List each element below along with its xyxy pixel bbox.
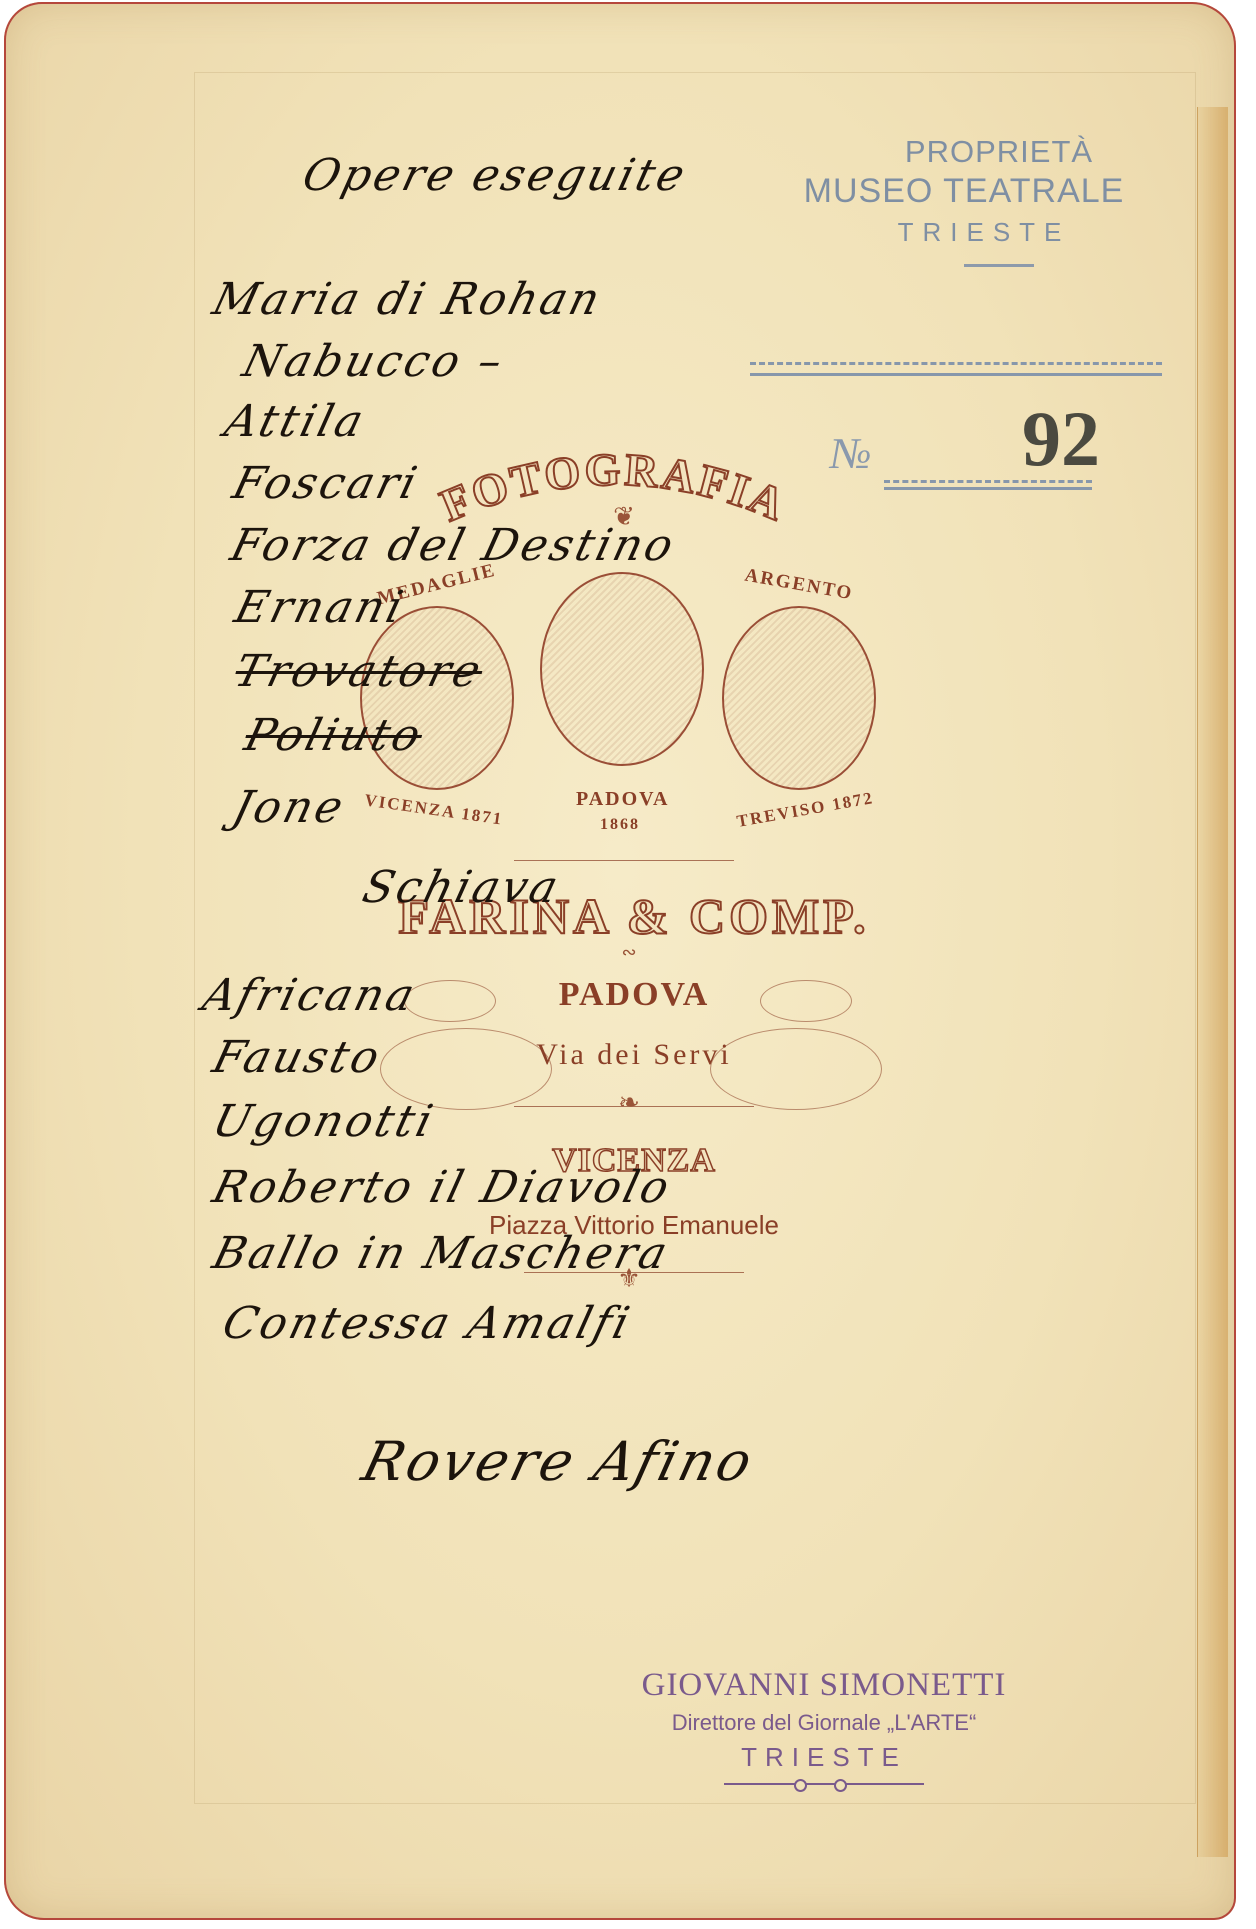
- inventory-number: 92: [1022, 394, 1100, 484]
- opera-entry: Jone: [228, 782, 351, 833]
- medal-vicenza: [360, 606, 514, 790]
- card-edge-stain: [1197, 107, 1228, 1857]
- handwritten-signature: Rovere Afino: [356, 1430, 761, 1493]
- owner-name: GIOVANNI SIMONETTI: [604, 1667, 1044, 1704]
- fleuron-ornament-2: ❧: [604, 1088, 654, 1118]
- museum-property-stamp: PROPRIETÀ MUSEO TEATRALE TRIESTE: [784, 134, 1144, 267]
- owner-stamp: GIOVANNI SIMONETTI Direttore del Giornal…: [604, 1667, 1044, 1785]
- inventory-underline: [884, 480, 1092, 490]
- medals-group: MEDAGLIE ARGENTO VICENZA 1871 PADOVA 186…: [344, 562, 914, 852]
- photo-card-back: PROPRIETÀ MUSEO TEATRALE TRIESTE № 92 FO…: [4, 2, 1236, 1920]
- divider-rule: [514, 860, 734, 861]
- handwritten-heading: Opere eseguite: [298, 150, 693, 201]
- city-padova: PADOVA: [384, 976, 884, 1014]
- medal-caption-treviso: TREVISO 1872: [735, 788, 875, 832]
- address-padova: Via dei Servi: [384, 1038, 884, 1072]
- medal-padova: [540, 572, 704, 766]
- stamp-rule: [964, 264, 1034, 267]
- opera-entry: Foscari: [228, 458, 425, 509]
- opera-entry: Fausto: [208, 1032, 388, 1083]
- opera-entry: Forza del Destino: [226, 520, 682, 571]
- opera-entry: Ernani: [230, 582, 411, 633]
- medal-caption-vicenza: VICENZA 1871: [363, 790, 504, 829]
- opera-entry: Ugonotti: [208, 1096, 441, 1147]
- opera-entry: Schiava: [358, 862, 566, 913]
- inventory-top-rule: [750, 362, 1162, 376]
- opera-entry-struck: Poliuto: [240, 710, 429, 761]
- number-sign: №: [830, 428, 872, 479]
- stamp-line-museum: MUSEO TEATRALE: [784, 172, 1144, 211]
- owner-city: TRIESTE: [604, 1742, 1044, 1773]
- opera-entry-struck: Trovatore: [230, 646, 489, 697]
- medals-caption-right: ARGENTO: [743, 565, 855, 606]
- medal-caption-padova: PADOVA: [576, 788, 669, 811]
- medal-treviso: [722, 606, 876, 790]
- opera-entry: Maria di Rohan: [208, 274, 608, 325]
- medal-year-padova: 1868: [600, 816, 640, 834]
- scroll-ornament: ∾: [599, 942, 659, 963]
- stamp-line-property: PROPRIETÀ: [854, 134, 1144, 170]
- owner-stamp-rule: [724, 1783, 924, 1785]
- owner-title: Direttore del Giornale „L'ARTE“: [604, 1710, 1044, 1736]
- opera-entry: Nabucco –: [238, 336, 511, 387]
- opera-entry: Contessa Amalfi: [218, 1298, 637, 1349]
- opera-entry: Africana: [198, 970, 423, 1021]
- opera-entry: Roberto il Diavolo: [208, 1162, 677, 1213]
- opera-entry: Ballo in Maschera: [208, 1228, 675, 1279]
- stamp-line-city: TRIESTE: [824, 217, 1144, 248]
- opera-entry: Attila: [220, 396, 371, 447]
